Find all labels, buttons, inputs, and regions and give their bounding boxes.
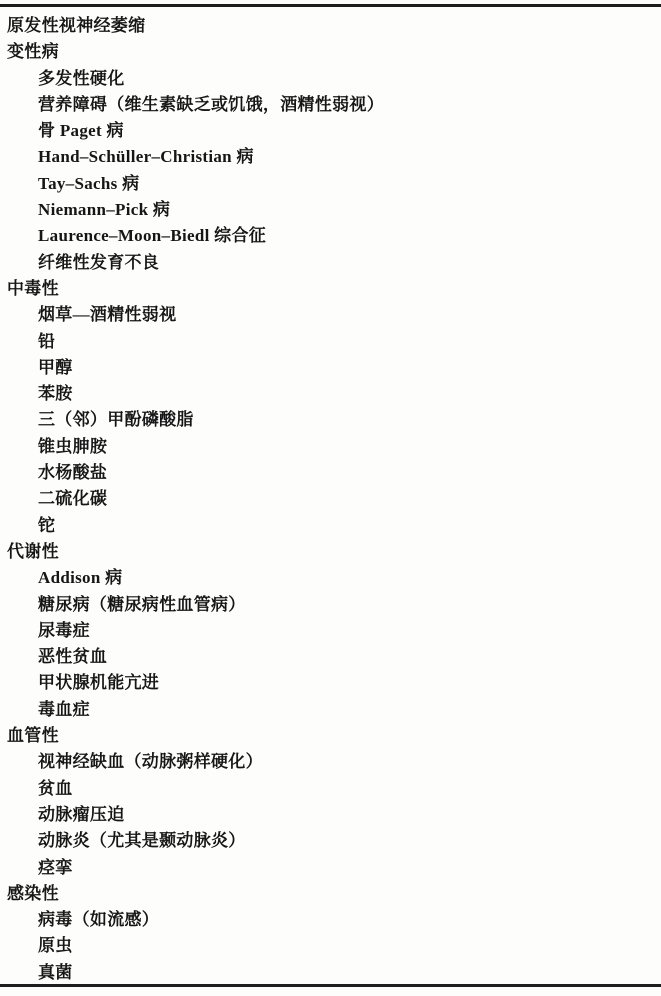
list-item: Hand–Schüller–Christian 病 (7, 144, 657, 170)
section-header: 感染性 (7, 881, 657, 907)
list-item: 尿毒症 (7, 618, 657, 644)
list-item: 二硫化碳 (7, 486, 657, 512)
list-item: 铅 (7, 329, 657, 355)
list-item: 骨 Paget 病 (7, 118, 657, 144)
list-item: 锥虫胂胺 (7, 434, 657, 460)
document-page: 原发性视神经萎缩 变性病多发性硬化营养障碍（维生素缺乏或饥饿，酒精性弱视）骨 P… (0, 0, 661, 996)
list-item: 三（邻）甲酚磷酸脂 (7, 407, 657, 433)
list-item: 动脉瘤压迫 (7, 802, 657, 828)
list-item: 原虫 (7, 933, 657, 959)
list-item: 贫血 (7, 776, 657, 802)
list-item: 毒血症 (7, 697, 657, 723)
list-item: Laurence–Moon–Biedl 综合征 (7, 223, 657, 249)
section-header: 变性病 (7, 39, 657, 65)
list-item: 甲醇 (7, 355, 657, 381)
list-item: 多发性硬化 (7, 66, 657, 92)
section-header: 代谢性 (7, 539, 657, 565)
list-item: 纤维性发育不良 (7, 250, 657, 276)
list-item: 痉挛 (7, 855, 657, 881)
list-item: 苯胺 (7, 381, 657, 407)
list-item: 甲状腺机能亢进 (7, 670, 657, 696)
list-item: 病毒（如流感） (7, 907, 657, 933)
section-header: 中毒性 (7, 276, 657, 302)
list-item: Addison 病 (7, 565, 657, 591)
list-item: Niemann–Pick 病 (7, 197, 657, 223)
list-item: 水杨酸盐 (7, 460, 657, 486)
list-frame: 原发性视神经萎缩 变性病多发性硬化营养障碍（维生素缺乏或饥饿，酒精性弱视）骨 P… (0, 4, 661, 987)
list-item: 营养障碍（维生素缺乏或饥饿，酒精性弱视） (7, 92, 657, 118)
section-header: 血管性 (7, 723, 657, 749)
list-item: 铊 (7, 513, 657, 539)
list-item: 真菌 (7, 960, 657, 986)
list-item: 视神经缺血（动脉粥样硬化） (7, 749, 657, 775)
list-item: 烟草—酒精性弱视 (7, 302, 657, 328)
list-item: 动脉炎（尤其是颞动脉炎） (7, 828, 657, 854)
list-item: 糖尿病（糖尿病性血管病） (7, 592, 657, 618)
cause-list: 变性病多发性硬化营养障碍（维生素缺乏或饥饿，酒精性弱视）骨 Paget 病Han… (7, 39, 657, 986)
list-item: 恶性贫血 (7, 644, 657, 670)
list-item: Tay–Sachs 病 (7, 171, 657, 197)
page-title: 原发性视神经萎缩 (7, 13, 657, 39)
